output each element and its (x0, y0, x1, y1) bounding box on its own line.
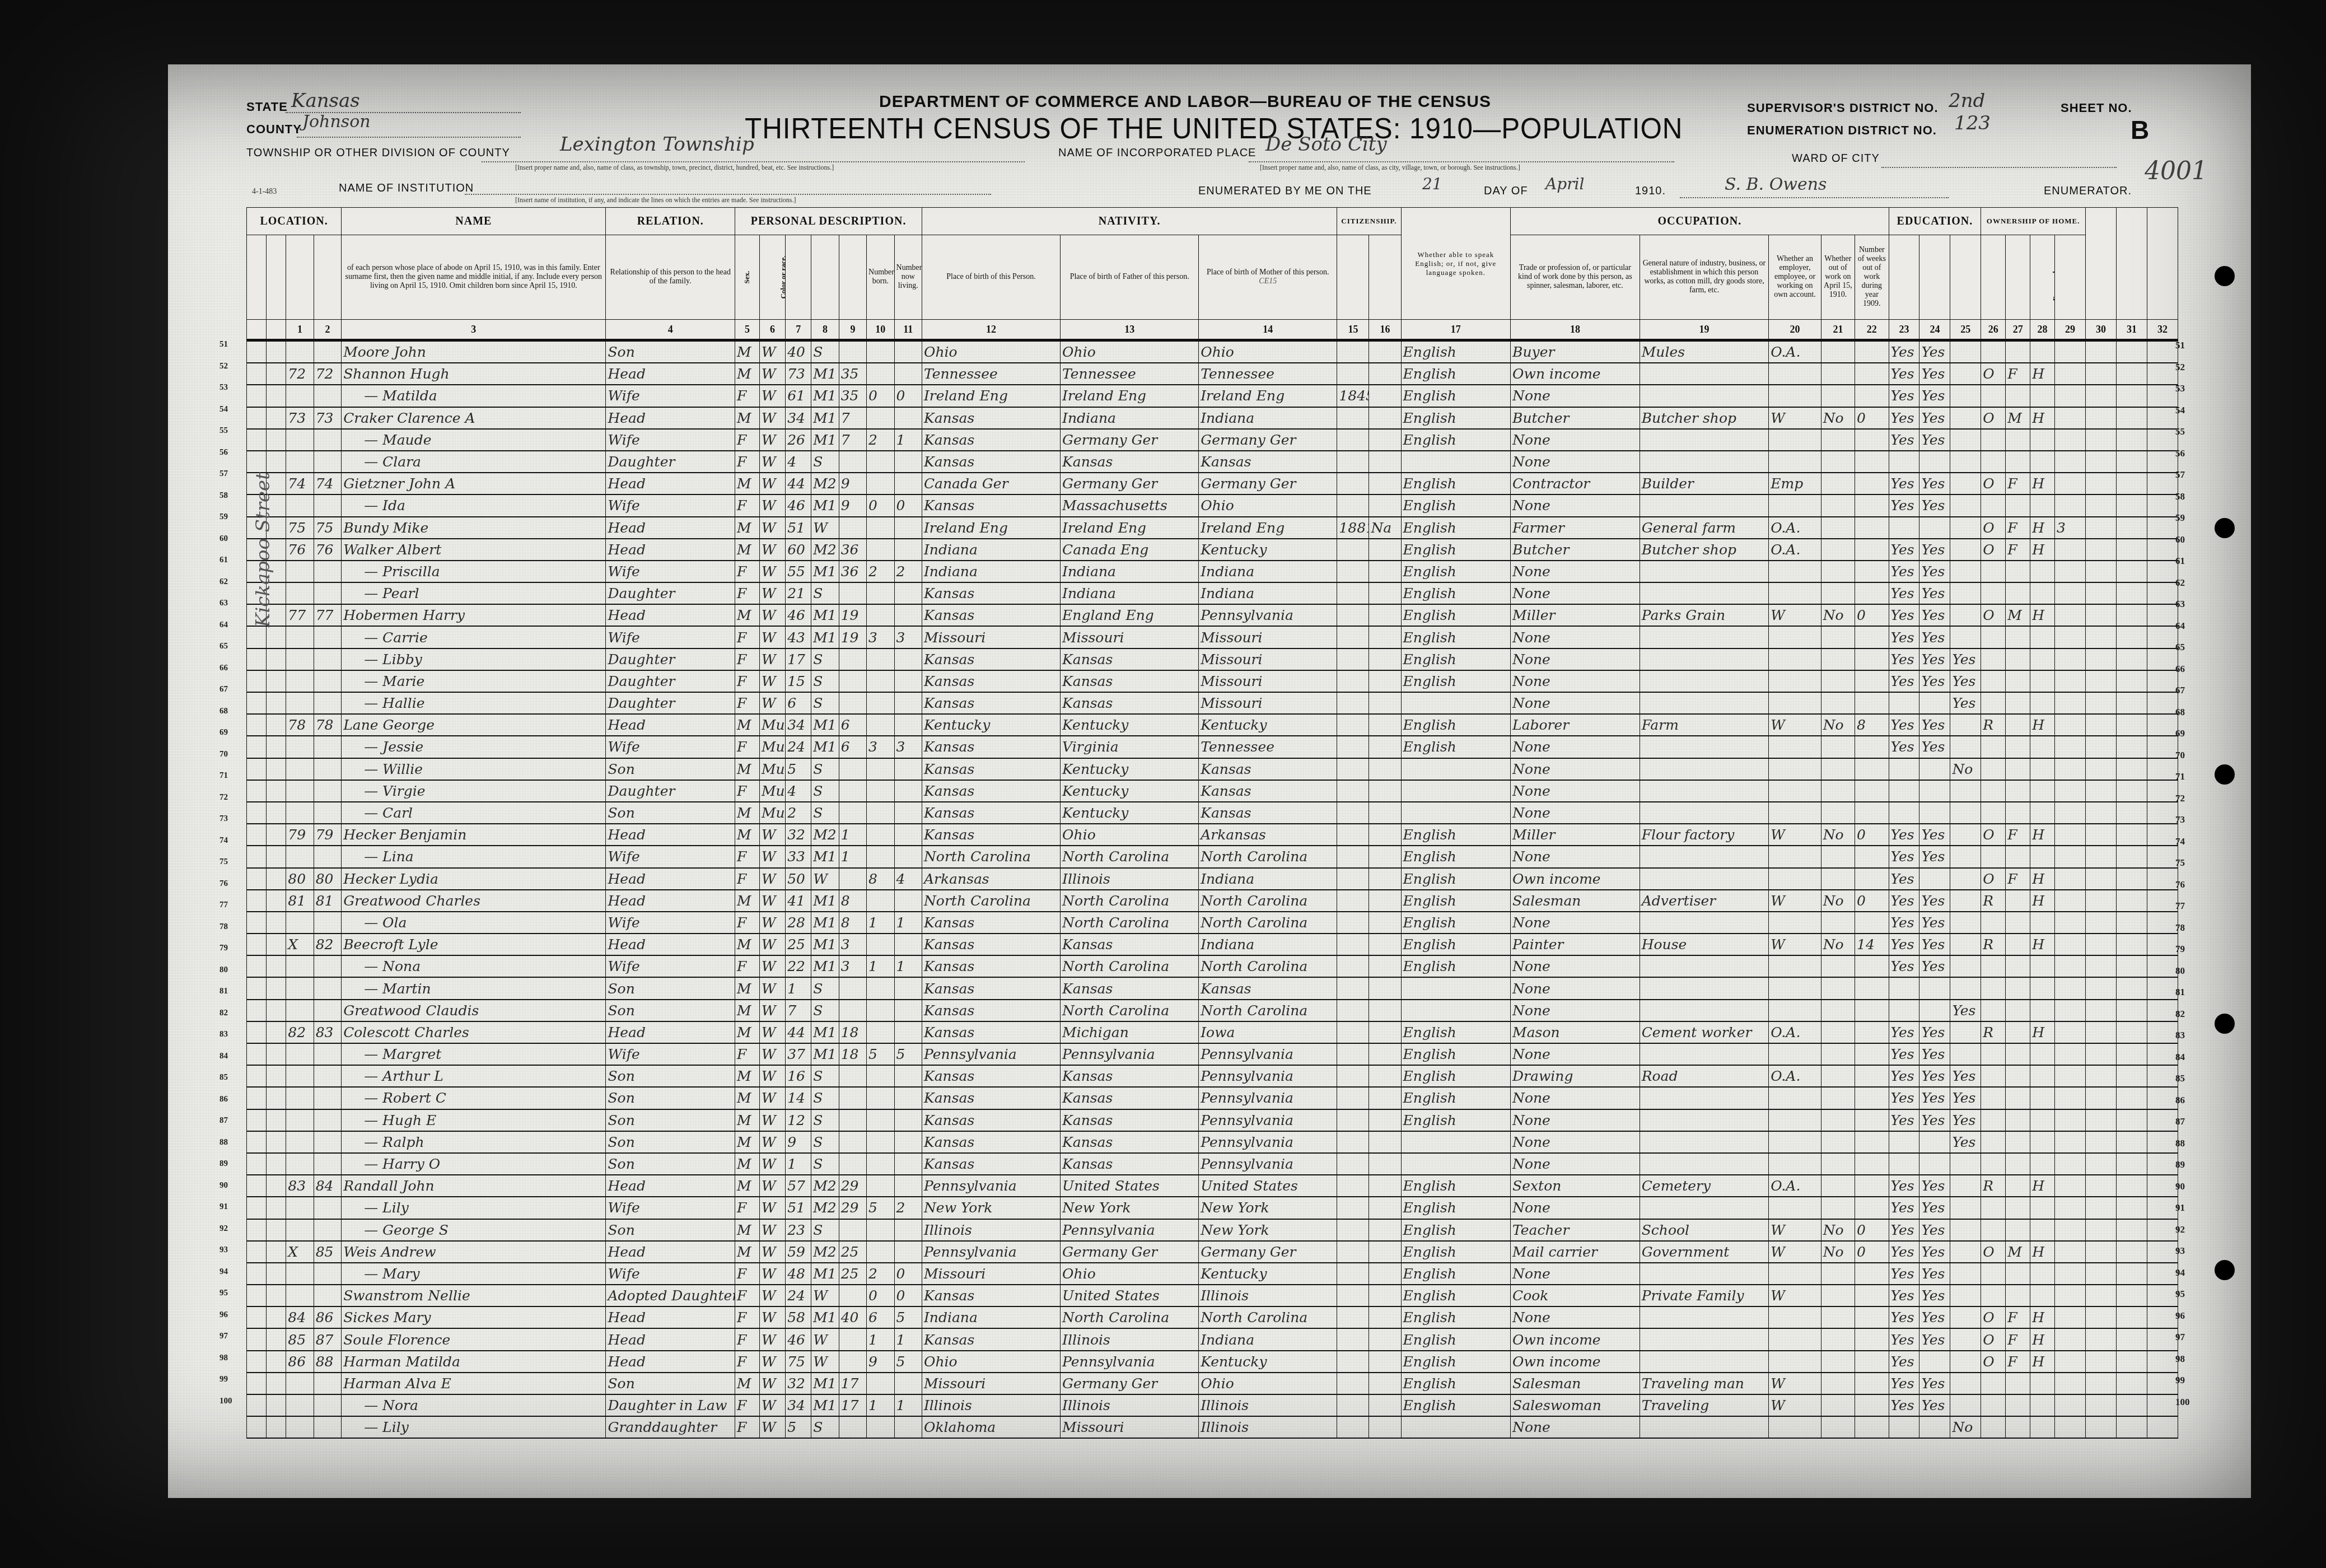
language: English (1401, 1065, 1511, 1087)
column-number: 30 (2086, 320, 2117, 340)
immigration-year (1337, 824, 1369, 846)
owned-rented (1981, 582, 2006, 604)
trade: Laborer (1511, 714, 1640, 736)
street (247, 780, 267, 802)
can-write: Yes (1919, 1394, 1950, 1416)
dwelling-number: 79 (286, 824, 314, 846)
sex: M (735, 934, 760, 955)
relation: Granddaughter (606, 1416, 735, 1438)
veteran (2086, 824, 2117, 846)
blind (2116, 692, 2147, 714)
children-living (894, 1241, 922, 1263)
marital-status: S (811, 692, 839, 714)
school: No (1950, 1416, 1981, 1438)
race: Mu (760, 758, 786, 780)
person-name: Harman Alva E (342, 1373, 606, 1394)
out-of-work (1821, 1416, 1855, 1438)
employer-status: O.A. (1769, 517, 1821, 539)
children-born: 0 (867, 385, 894, 407)
farm-house: H (2030, 604, 2055, 626)
sex: F (735, 846, 760, 867)
free-mortgaged: F (2006, 473, 2030, 494)
children-born (867, 714, 894, 736)
line-number: 100 (2175, 1397, 2190, 1408)
industry (1640, 363, 1769, 385)
race: W (760, 451, 786, 473)
enumeration-label: ENUMERATION DISTRICT NO. (1747, 123, 1937, 138)
immigration-year (1337, 1197, 1369, 1219)
can-write: Yes (1919, 714, 1950, 736)
age: 15 (786, 670, 811, 692)
father-birthplace: North Carolina (1061, 1306, 1199, 1328)
father-birthplace: Germany Ger (1061, 473, 1199, 494)
enumerated-day: 21 (1422, 175, 1442, 193)
age: 50 (786, 868, 811, 890)
children-living: 0 (894, 1263, 922, 1285)
children-born (867, 1131, 894, 1153)
sex: F (735, 451, 760, 473)
naturalization (1369, 582, 1401, 604)
line-number: 66 (2175, 664, 2185, 675)
farm-schedule (2055, 561, 2086, 582)
age: 55 (786, 561, 811, 582)
out-of-work (1821, 1021, 1855, 1043)
employer-status (1769, 494, 1821, 516)
owned-rented (1981, 1373, 2006, 1394)
relation: Head (606, 517, 735, 539)
trade: None (1511, 626, 1640, 648)
birthplace: Kansas (922, 934, 1060, 955)
trade: Buyer (1511, 340, 1640, 363)
weeks-out (1855, 670, 1889, 692)
birthplace: Kentucky (922, 714, 1060, 736)
can-write: Yes (1919, 846, 1950, 867)
marital-status: M1 (811, 494, 839, 516)
weeks-out: 14 (1855, 934, 1889, 955)
sex: F (735, 1351, 760, 1373)
census-row: 7676Walker AlbertHeadMW60M236IndianaCana… (247, 539, 2178, 561)
free-mortgaged (2006, 1000, 2030, 1021)
deaf (2147, 1285, 2178, 1306)
line-number-left: 55 (219, 426, 228, 436)
blind (2116, 1328, 2147, 1350)
weeks-out (1855, 912, 1889, 934)
farm-schedule (2055, 1175, 2086, 1197)
blind (2116, 714, 2147, 736)
veteran (2086, 626, 2117, 648)
race: Mu (760, 736, 786, 758)
census-row: — OlaWifeFW28M1811KansasNorth CarolinaNo… (247, 912, 2178, 934)
farm-schedule (2055, 977, 2086, 999)
father-birthplace: Ireland Eng (1061, 385, 1199, 407)
line-number: 94 (2175, 1267, 2185, 1278)
age: 2 (786, 802, 811, 824)
age: 34 (786, 407, 811, 429)
children-born: 9 (867, 1351, 894, 1373)
age: 34 (786, 714, 811, 736)
farm-schedule (2055, 340, 2086, 363)
farm-schedule (2055, 363, 2086, 385)
can-write: Yes (1919, 1175, 1950, 1197)
industry (1640, 912, 1769, 934)
line-number: 90 (2175, 1181, 2185, 1192)
out-of-work (1821, 780, 1855, 802)
relation: Wife (606, 494, 735, 516)
veteran (2086, 868, 2117, 890)
father-birthplace: Kansas (1061, 648, 1199, 670)
children-born (867, 977, 894, 999)
children-born: 2 (867, 561, 894, 582)
relation: Son (606, 340, 735, 363)
years-married (839, 451, 866, 473)
sex: F (735, 955, 760, 977)
veteran (2086, 1373, 2117, 1394)
line-number-left: 96 (219, 1310, 228, 1320)
father-birthplace: Pennsylvania (1061, 1219, 1199, 1241)
blind (2116, 802, 2147, 824)
line-number: 83 (2175, 1030, 2185, 1041)
can-write: Yes (1919, 626, 1950, 648)
age: 21 (786, 582, 811, 604)
can-write: Yes (1919, 670, 1950, 692)
line-number: 72 (2175, 793, 2185, 804)
naturalization (1369, 977, 1401, 999)
trade: Miller (1511, 604, 1640, 626)
relation: Head (606, 824, 735, 846)
immigration-year (1337, 1087, 1369, 1109)
deaf (2147, 1219, 2178, 1241)
line-number: 68 (2175, 707, 2185, 718)
can-write: Yes (1919, 1241, 1950, 1263)
can-write (1919, 451, 1950, 473)
marital-status: M1 (811, 1043, 839, 1065)
language: English (1401, 363, 1511, 385)
naturalization (1369, 1351, 1401, 1373)
weeks-out: 0 (1855, 824, 1889, 846)
house-number (267, 1153, 286, 1175)
township-value: Lexington Township (560, 133, 754, 156)
person-name: — Lily (342, 1416, 606, 1438)
house-number (267, 824, 286, 846)
can-write: Yes (1919, 1285, 1950, 1306)
house-number (267, 1109, 286, 1131)
out-of-work (1821, 429, 1855, 451)
sex: F (735, 670, 760, 692)
children-born (867, 758, 894, 780)
person-name: Bundy Mike (342, 517, 606, 539)
trade: None (1511, 1109, 1640, 1131)
owned-rented (1981, 340, 2006, 363)
line-number: 84 (2175, 1052, 2185, 1063)
dwelling-number (286, 736, 314, 758)
marital-status: M1 (811, 626, 839, 648)
mother-birthplace: Missouri (1199, 670, 1337, 692)
farm-house (2030, 1285, 2055, 1306)
father-birthplace: Kansas (1061, 451, 1199, 473)
owned-rented (1981, 758, 2006, 780)
marital-status: S (811, 1219, 839, 1241)
language: English (1401, 517, 1511, 539)
person-name: — Jessie (342, 736, 606, 758)
column-number: 6 (760, 320, 786, 340)
header-industry: General nature of industry, business, or… (1640, 235, 1769, 320)
blind (2116, 473, 2147, 494)
children-born (867, 648, 894, 670)
language: English (1401, 955, 1511, 977)
marital-status: M2 (811, 1175, 839, 1197)
weeks-out (1855, 736, 1889, 758)
industry (1640, 1306, 1769, 1328)
census-row: 7878Lane GeorgeHeadMMu34M16KentuckyKentu… (247, 714, 2178, 736)
can-write: Yes (1919, 494, 1950, 516)
weeks-out (1855, 1373, 1889, 1394)
house-number (267, 429, 286, 451)
mother-birthplace: Indiana (1199, 868, 1337, 890)
children-living (894, 758, 922, 780)
age: 41 (786, 890, 811, 912)
naturalization (1369, 1263, 1401, 1285)
birthplace: New York (922, 1197, 1060, 1219)
birthplace: Ohio (922, 340, 1060, 363)
children-born (867, 1153, 894, 1175)
out-of-work (1821, 561, 1855, 582)
sex: F (735, 1394, 760, 1416)
birthplace: Kansas (922, 604, 1060, 626)
children-born (867, 1175, 894, 1197)
industry (1640, 494, 1769, 516)
relation: Wife (606, 736, 735, 758)
census-row: — MarieDaughterFW15SKansasKansasMissouri… (247, 670, 2178, 692)
census-row: 8384Randall JohnHeadMW57M229Pennsylvania… (247, 1175, 2178, 1197)
family-number (314, 385, 341, 407)
mother-birthplace: Pennsylvania (1199, 1109, 1337, 1131)
years-married: 36 (839, 561, 866, 582)
age: 1 (786, 1153, 811, 1175)
language: English (1401, 846, 1511, 867)
street (247, 1285, 267, 1306)
employer-status (1769, 977, 1821, 999)
house-number (267, 1241, 286, 1263)
blind (2116, 868, 2147, 890)
marital-status: W (811, 1285, 839, 1306)
age: 1 (786, 977, 811, 999)
birthplace: North Carolina (922, 846, 1060, 867)
family-number: 86 (314, 1306, 341, 1328)
children-born: 3 (867, 626, 894, 648)
can-write (1919, 1131, 1950, 1153)
farm-house (2030, 340, 2055, 363)
relation: Head (606, 363, 735, 385)
out-of-work (1821, 1153, 1855, 1175)
weeks-out (1855, 1351, 1889, 1373)
weeks-out (1855, 1087, 1889, 1109)
free-mortgaged: F (2006, 1351, 2030, 1373)
can-read: Yes (1889, 385, 1919, 407)
owned-rented: O (1981, 1328, 2006, 1350)
header-naturalized: Whether naturalized or alien. (1369, 235, 1401, 320)
mother-birthplace: Germany Ger (1199, 473, 1337, 494)
free-mortgaged (2006, 1087, 2030, 1109)
group-personal: PERSONAL DESCRIPTION. (735, 208, 922, 235)
school (1950, 429, 1981, 451)
family-number: 73 (314, 407, 341, 429)
industry: Government (1640, 1241, 1769, 1263)
trade: None (1511, 692, 1640, 714)
race: W (760, 407, 786, 429)
birthplace: Kansas (922, 429, 1060, 451)
line-number-left: 67 (219, 685, 228, 694)
immigration-year (1337, 692, 1369, 714)
column-number: 18 (1511, 320, 1640, 340)
column-number: 15 (1337, 320, 1369, 340)
veteran (2086, 1285, 2117, 1306)
children-living (894, 648, 922, 670)
marital-status: M1 (811, 604, 839, 626)
family-number (314, 1285, 341, 1306)
can-read: Yes (1889, 1175, 1919, 1197)
years-married: 8 (839, 890, 866, 912)
line-number: 89 (2175, 1159, 2185, 1170)
father-birthplace: Ohio (1061, 824, 1199, 846)
birthplace: Kansas (922, 736, 1060, 758)
immigration-year (1337, 494, 1369, 516)
person-name: Greatwood Charles (342, 890, 606, 912)
age: 75 (786, 1351, 811, 1373)
dwelling-number (286, 648, 314, 670)
census-row: — PearlDaughterFW21SKansasIndianaIndiana… (247, 582, 2178, 604)
blind (2116, 539, 2147, 561)
weeks-out (1855, 1109, 1889, 1131)
weeks-out (1855, 846, 1889, 867)
birthplace: Illinois (922, 1219, 1060, 1241)
immigration-year (1337, 561, 1369, 582)
census-row: — IdaWifeFW46M1900KansasMassachusettsOhi… (247, 494, 2178, 516)
race: W (760, 517, 786, 539)
birthplace: Kansas (922, 780, 1060, 802)
school (1950, 824, 1981, 846)
father-birthplace: Germany Ger (1061, 1241, 1199, 1263)
race: W (760, 670, 786, 692)
race: Mu (760, 802, 786, 824)
house-number (267, 714, 286, 736)
trade: Sexton (1511, 1175, 1640, 1197)
trade: Own income (1511, 1351, 1640, 1373)
years-married: 18 (839, 1043, 866, 1065)
deaf (2147, 561, 2178, 582)
out-of-work: No (1821, 1241, 1855, 1263)
father-birthplace: Kansas (1061, 1065, 1199, 1087)
farm-schedule: 3 (2055, 517, 2086, 539)
school: No (1950, 758, 1981, 780)
group-name: NAME (342, 208, 606, 235)
employer-status: O.A. (1769, 1065, 1821, 1087)
line-number-left: 94 (219, 1267, 228, 1277)
can-read: Yes (1889, 714, 1919, 736)
naturalization (1369, 407, 1401, 429)
mother-birthplace: Tennessee (1199, 363, 1337, 385)
relation: Daughter (606, 582, 735, 604)
can-write (1919, 868, 1950, 890)
weeks-out (1855, 758, 1889, 780)
person-name: — Hugh E (342, 1109, 606, 1131)
relation: Head (606, 934, 735, 955)
family-number: 83 (314, 1021, 341, 1043)
trade: None (1511, 758, 1640, 780)
school (1950, 517, 1981, 539)
farm-house (2030, 385, 2055, 407)
owned-rented: R (1981, 934, 2006, 955)
father-birthplace: Illinois (1061, 1328, 1199, 1350)
employer-status: O.A. (1769, 340, 1821, 363)
immigration-year (1337, 1373, 1369, 1394)
county-line (297, 137, 521, 138)
age: 16 (786, 1065, 811, 1087)
father-birthplace: England Eng (1061, 604, 1199, 626)
years-married (839, 1416, 866, 1438)
street (247, 1021, 267, 1043)
naturalization (1369, 539, 1401, 561)
can-write: Yes (1919, 340, 1950, 363)
header-write: Whether able to write. (1919, 235, 1950, 320)
marital-status: M2 (811, 539, 839, 561)
can-read: Yes (1889, 473, 1919, 494)
children-born: 1 (867, 1328, 894, 1350)
immigration-year (1337, 955, 1369, 977)
sex: F (735, 626, 760, 648)
free-mortgaged (2006, 451, 2030, 473)
naturalization (1369, 955, 1401, 977)
years-married (839, 780, 866, 802)
dwelling-number (286, 582, 314, 604)
children-living: 1 (894, 1394, 922, 1416)
blind (2116, 846, 2147, 867)
father-birthplace: Pennsylvania (1061, 1043, 1199, 1065)
age: 17 (786, 648, 811, 670)
school (1950, 582, 1981, 604)
industry: Traveling (1640, 1394, 1769, 1416)
immigration-year (1337, 670, 1369, 692)
naturalization (1369, 868, 1401, 890)
owned-rented (1981, 955, 2006, 977)
person-name: — Martin (342, 977, 606, 999)
dwelling-number: 81 (286, 890, 314, 912)
farm-schedule (2055, 1285, 2086, 1306)
can-read: Yes (1889, 1065, 1919, 1087)
children-born (867, 1219, 894, 1241)
industry: Cemetery (1640, 1175, 1769, 1197)
header-veteran: Whether a survivor of the Union or Confe… (2086, 208, 2117, 320)
immigration-year (1337, 1394, 1369, 1416)
can-write (1919, 1416, 1950, 1438)
immigration-year (1337, 539, 1369, 561)
industry (1640, 1043, 1769, 1065)
mother-birthplace: Kansas (1199, 758, 1337, 780)
dwelling-number (286, 1263, 314, 1285)
owned-rented: O (1981, 604, 2006, 626)
race: W (760, 1087, 786, 1109)
census-row: — MargretWifeFW37M11855PennsylvaniaPenns… (247, 1043, 2178, 1065)
owned-rented (1981, 1131, 2006, 1153)
header-farm-house: Farm or house. (2030, 235, 2055, 320)
owned-rented (1981, 692, 2006, 714)
age: 22 (786, 955, 811, 977)
line-number: 80 (2175, 965, 2185, 977)
veteran (2086, 1416, 2117, 1438)
house-number (267, 868, 286, 890)
street (247, 1087, 267, 1109)
naturalization (1369, 824, 1401, 846)
naturalization (1369, 648, 1401, 670)
